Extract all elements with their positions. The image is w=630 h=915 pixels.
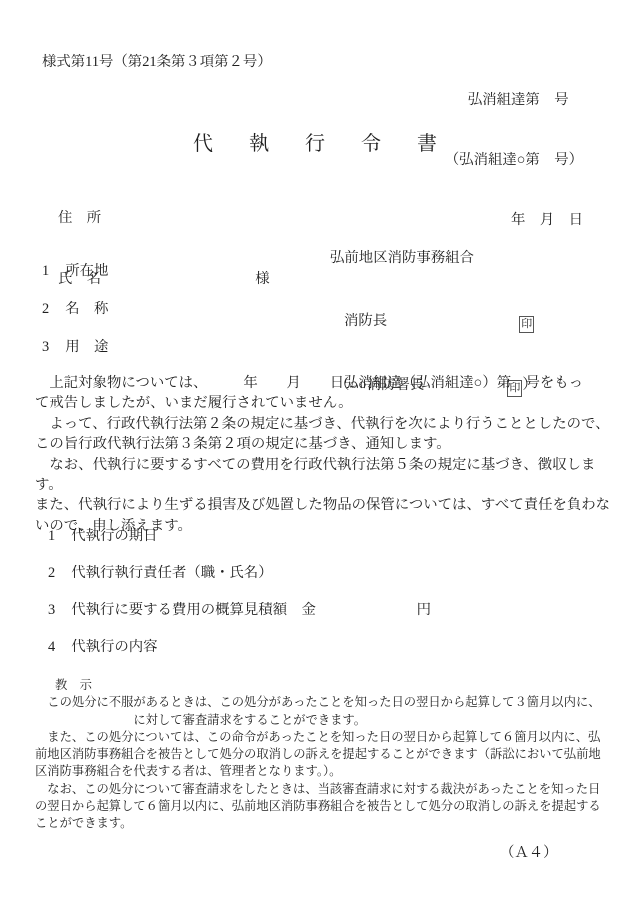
- execution-item-responsible-person: 2代執行執行責任者（職・氏名）: [48, 565, 431, 602]
- page-title-text: 代 執 行 令 書: [193, 133, 445, 155]
- item-label: 代執行の期日: [71, 528, 157, 544]
- appeal-instructions-heading: 教 示: [35, 677, 623, 694]
- form-number: 様式第11号（第21条第３項第２号）: [42, 50, 272, 71]
- seal-stamp-chief: 印: [519, 316, 534, 333]
- execution-item-date: 1代執行の期日: [48, 528, 431, 565]
- execution-item-list: 1代執行の期日 2代執行執行責任者（職・氏名） 3代執行に要する費用の概算見積額…: [48, 528, 431, 676]
- item-label: 代執行の内容: [71, 639, 157, 655]
- execution-item-content: 4代執行の内容: [48, 639, 431, 676]
- property-item-use: 3用 途: [42, 339, 108, 377]
- notice-body-text: 上記対象物については、 年 月 日弘消組達（弘消組達○）第 号をもっ て戒告しま…: [35, 373, 620, 536]
- property-item-list: 1所在地 2名 称 3用 途: [42, 263, 108, 377]
- item-number: 1: [48, 528, 55, 544]
- execution-item-cost-estimate: 3代執行に要する費用の概算見積額 金 円: [48, 602, 431, 639]
- item-label: 用 途: [65, 339, 108, 355]
- paper-size-note: （Ａ４）: [500, 841, 558, 862]
- property-item-name: 2名 称: [42, 301, 108, 339]
- address-label: 住 所: [58, 208, 270, 228]
- item-number: 4: [48, 639, 55, 655]
- item-label: 代執行執行責任者（職・氏名）: [71, 565, 272, 581]
- doc-number-line-1: 弘消組達第 号: [445, 90, 583, 110]
- item-label: 名 称: [65, 301, 108, 317]
- item-label: 所在地: [65, 263, 108, 279]
- honorific-sama: 様: [255, 271, 269, 287]
- item-number: 3: [48, 602, 55, 618]
- document-page: 様式第11号（第21条第３項第２号） 弘消組達第 号 （弘消組達○第 号） 年 …: [0, 0, 630, 915]
- issuer-organization: 弘前地区消防事務組合: [330, 248, 537, 269]
- item-number: 3: [42, 339, 49, 355]
- issuer-chief-line: 消防長印: [330, 311, 537, 333]
- appeal-instructions-block: 教 示 この処分に不服があるときは、この処分があったことを知った日の翌日から起算…: [35, 677, 623, 833]
- issuer-chief-title: 消防長: [344, 313, 387, 329]
- appeal-instructions-text: この処分に不服があるときは、この処分があったことを知った日の翌日から起算して３箇…: [35, 694, 623, 832]
- item-number: 2: [48, 565, 55, 581]
- property-item-location: 1所在地: [42, 263, 108, 301]
- item-label: 代執行に要する費用の概算見積額 金 円: [71, 602, 431, 618]
- page-title: 代 執 行 令 書: [0, 127, 630, 156]
- item-number: 1: [42, 263, 49, 279]
- item-number: 2: [42, 301, 49, 317]
